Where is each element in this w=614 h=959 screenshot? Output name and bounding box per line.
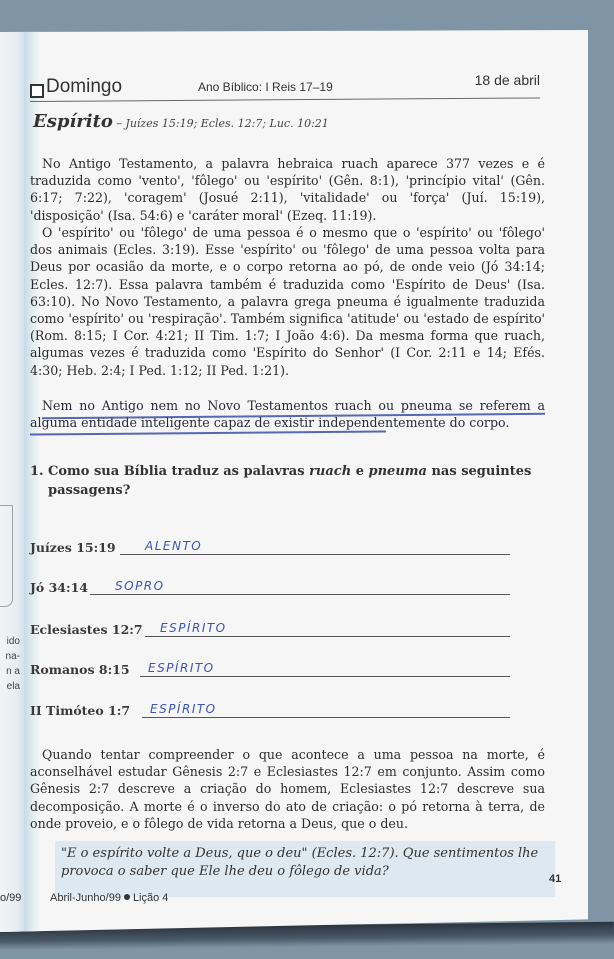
left-page-fragment: na- (0, 649, 20, 664)
paragraph-2: O 'espírito' ou 'fôlego' de uma pessoa é… (30, 224, 545, 379)
page-header: Domingo Ano Bíblico: I Reis 17–19 18 de … (30, 72, 540, 100)
answer-label: Juízes 15:19 (30, 540, 116, 555)
reading-plan: Ano Bíblico: I Reis 17–19 (198, 80, 333, 94)
answer-row: Juízes 15:19 ALENTO (30, 535, 530, 559)
handwritten-answer: ESPÍRITO (160, 621, 227, 635)
day-label: Domingo (46, 76, 122, 98)
lesson-title: Espírito (33, 111, 113, 132)
answer-row: Romanos 8:15 ESPÍRITO (30, 657, 530, 681)
lesson-title-line: Espírito – Juízes 15:19; Ecles. 12:7; Lu… (33, 111, 329, 132)
handwritten-answer: SOPRO (115, 579, 165, 593)
reflection-callout: "E o espírito volte a Deus, que o deu" (… (55, 841, 555, 897)
left-page-box-edge (0, 505, 13, 607)
date-label: 18 de abril (475, 72, 540, 88)
question-1: 1.Como sua Bíblia traduz as palavras rua… (30, 462, 545, 500)
lesson-title-refs: – Juízes 15:19; Ecles. 12:7; Luc. 10:21 (113, 117, 329, 130)
answer-line[interactable] (145, 636, 510, 637)
answer-label: Jó 34:14 (30, 580, 88, 595)
answer-row: Jó 34:14 SOPRO (30, 575, 530, 599)
page-content: Domingo Ano Bíblico: I Reis 17–19 18 de … (30, 30, 548, 932)
answer-label: Romanos 8:15 (30, 662, 130, 677)
answer-line[interactable] (142, 717, 510, 718)
answer-line[interactable] (90, 594, 510, 595)
answer-row: II Timóteo 1:7 ESPÍRITO (30, 698, 530, 722)
checkbox-icon[interactable] (30, 84, 44, 98)
left-page-fragment: n a (0, 664, 20, 679)
page-footer: Abril-Junho/99Lição 4 (50, 892, 168, 904)
book-page: ido na- n a ela o/99 Domingo Ano Bíblico… (0, 30, 588, 932)
left-page-edge (0, 30, 24, 932)
page-number: 41 (549, 873, 561, 885)
handwritten-answer: ESPÍRITO (148, 661, 215, 675)
answer-line[interactable] (140, 676, 510, 677)
answer-label: Eclesiastes 12:7 (30, 622, 143, 637)
left-page-fragment: ela (0, 679, 20, 694)
handwritten-answer: ALENTO (145, 539, 202, 553)
answer-label: II Timóteo 1:7 (30, 703, 130, 718)
answer-row: Eclesiastes 12:7 ESPÍRITO (30, 617, 530, 641)
left-page-fragment: ido (0, 634, 20, 649)
handwritten-answer: ESPÍRITO (150, 702, 217, 716)
bullet-icon (124, 894, 130, 900)
left-page-footer-fragment: o/99 (0, 892, 21, 904)
paragraph-1: No Antigo Testamento, a palavra hebraica… (30, 155, 545, 224)
answer-line[interactable] (120, 554, 510, 555)
paragraph-4: Quando tentar compreender o que acontece… (30, 746, 545, 832)
